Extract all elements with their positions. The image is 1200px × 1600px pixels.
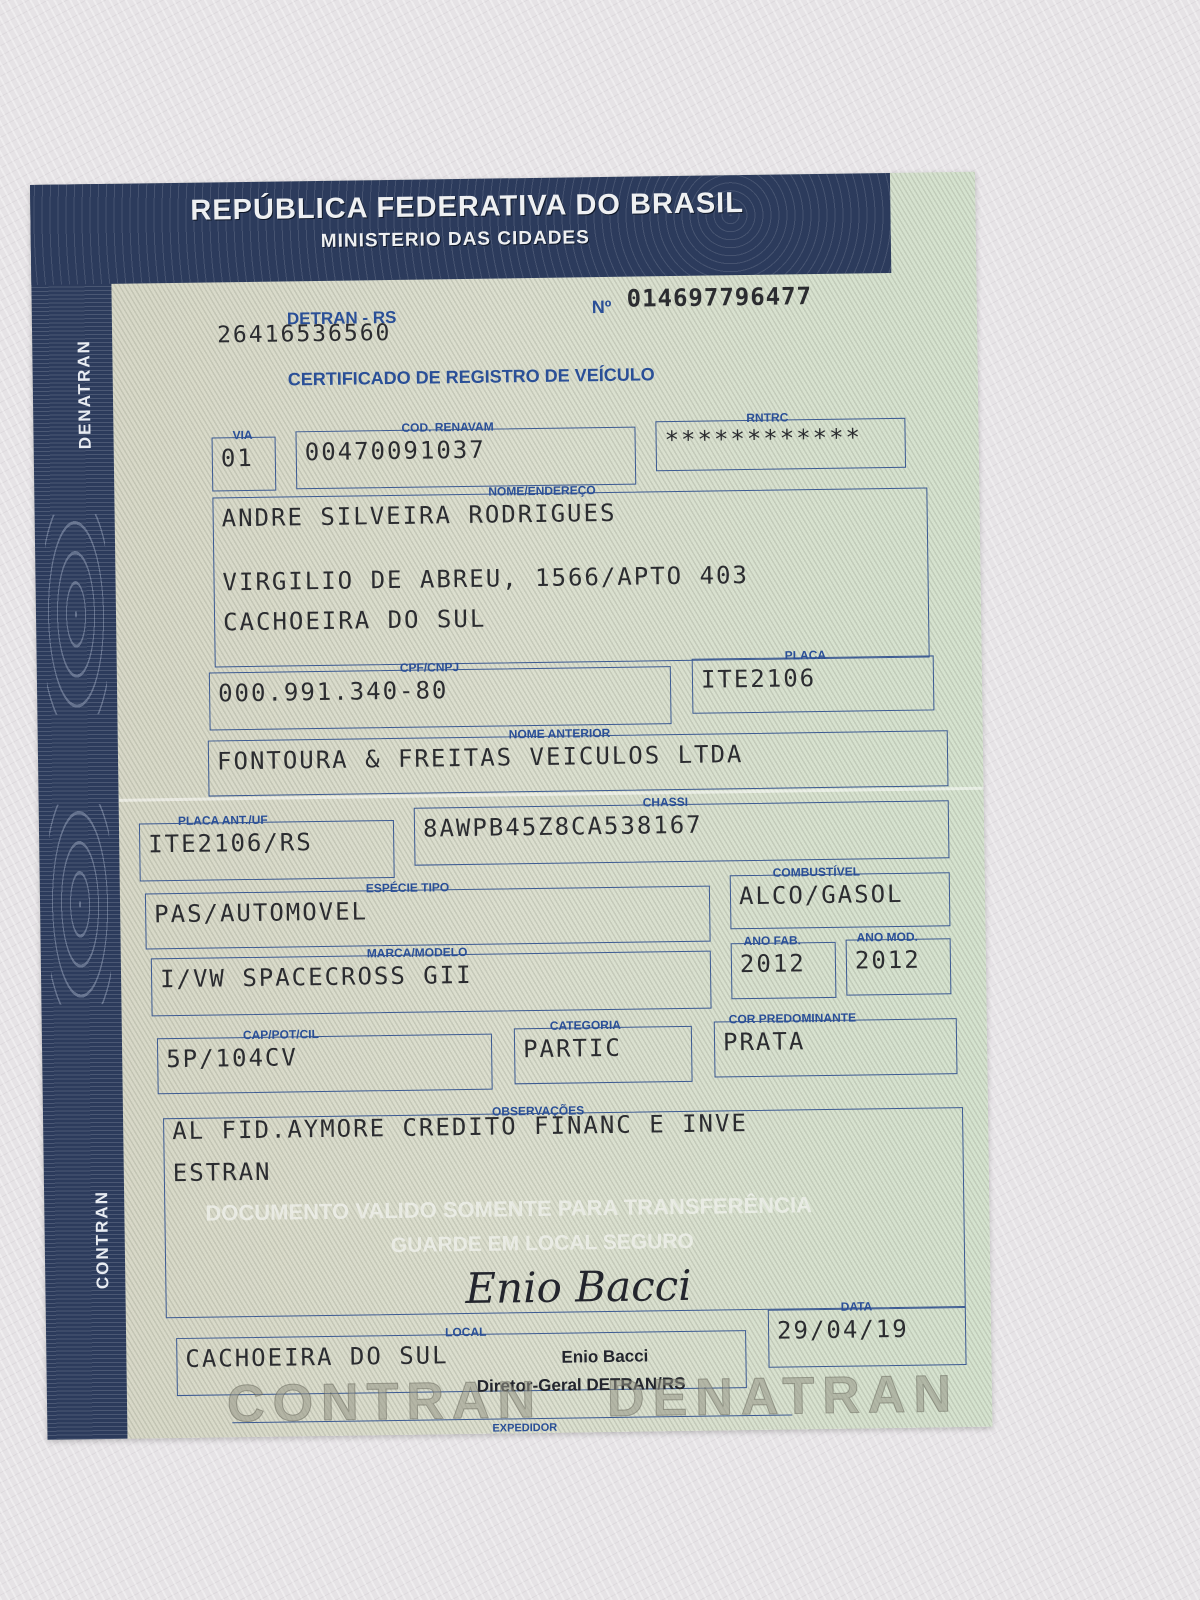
address-line-1: VIRGILIO DE ABREU, 1566/APTO 403 bbox=[222, 561, 749, 596]
field-value: PARTIC bbox=[523, 1034, 622, 1063]
field-value: 8AWPB45Z8CA538167 bbox=[423, 811, 703, 843]
country-title: REPÚBLICA FEDERATIVA DO BRASIL bbox=[190, 187, 744, 228]
field-previous-owner: NOME ANTERIOR FONTOURA & FREITAS VEICULO… bbox=[208, 730, 949, 796]
field-label: VIA bbox=[232, 428, 252, 442]
field-label: CAP/POT/CIL bbox=[243, 1027, 319, 1042]
field-label: LOCAL bbox=[445, 1325, 487, 1340]
director-signature: Enio Bacci bbox=[465, 1261, 692, 1313]
field-label: NOME/ENDEREÇO bbox=[488, 483, 596, 498]
field-via: VIA 01 bbox=[212, 437, 277, 492]
field-label: CATEGORIA bbox=[550, 1018, 621, 1033]
contran-vertical-label: CONTRAN bbox=[92, 1190, 113, 1289]
denatran-bottom-watermark: DENATRAN bbox=[607, 1364, 960, 1429]
field-value: 01 bbox=[221, 444, 254, 472]
guilloche-ornament-icon bbox=[49, 804, 112, 1005]
field-species-type: ESPÉCIE TIPO PAS/AUTOMOVEL bbox=[145, 886, 711, 950]
field-value: 2012 bbox=[740, 949, 806, 978]
field-value: ALCO/GASOL bbox=[739, 880, 904, 910]
field-label: PLACA bbox=[785, 648, 827, 663]
field-renavam: COD. RENAVAM 00470091037 bbox=[295, 427, 636, 490]
field-label: CPF/CNPJ bbox=[400, 660, 460, 675]
transfer-validity-watermark: DOCUMENTO VALIDO SOMENTE PARA TRANSFERÊN… bbox=[205, 1192, 812, 1226]
keep-safe-watermark: GUARDE EM LOCAL SEGURO bbox=[391, 1230, 694, 1258]
field-label: DATA bbox=[841, 1299, 873, 1313]
field-label: RNTRC bbox=[746, 410, 788, 425]
field-value: FONTOURA & FREITAS VEICULOS LTDA bbox=[217, 740, 744, 775]
denatran-vertical-label: DENATRAN bbox=[74, 339, 96, 449]
field-label: ANO MOD. bbox=[856, 930, 918, 945]
field-value: 29/04/19 bbox=[777, 1315, 909, 1345]
document-number: 014697796477 bbox=[626, 282, 812, 313]
field-value: 5P/104CV bbox=[166, 1043, 298, 1073]
field-value: I/VW SPACECROSS GII bbox=[160, 961, 473, 993]
field-name-address: NOME/ENDEREÇO ANDRE SILVEIRA RODRIGUES V… bbox=[212, 488, 929, 668]
field-label: COD. RENAVAM bbox=[401, 420, 493, 435]
field-label: COR PREDOMINANTE bbox=[729, 1011, 857, 1027]
field-label: ESPÉCIE TIPO bbox=[366, 880, 450, 895]
field-value: 000.991.340-80 bbox=[218, 676, 449, 707]
observation-line-2: ESTRAN bbox=[173, 1158, 272, 1187]
owner-name: ANDRE SILVEIRA RODRIGUES bbox=[221, 499, 616, 533]
vehicle-registration-certificate: DENATRAN CONTRAN REPÚBLICA FEDERATIVA DO… bbox=[30, 172, 992, 1440]
field-value: ITE2106 bbox=[701, 664, 817, 694]
number-label: Nº bbox=[592, 297, 612, 318]
expedidor-label: EXPEDIDOR bbox=[492, 1422, 557, 1435]
document-code: 26416536560 bbox=[217, 320, 392, 348]
field-label: NOME ANTERIOR bbox=[509, 726, 611, 741]
field-value: ************ bbox=[664, 423, 862, 454]
field-plate: PLACA ITE2106 bbox=[692, 655, 935, 713]
director-printed-name: Enio Bacci bbox=[561, 1346, 648, 1367]
field-previous-plate: PLACA ANT./UF ITE2106/RS bbox=[139, 820, 395, 882]
field-label: COMBUSTÍVEL bbox=[773, 864, 861, 879]
field-rntrc: RNTRC ************ bbox=[655, 418, 906, 471]
header-band: REPÚBLICA FEDERATIVA DO BRASIL MINISTERI… bbox=[30, 173, 891, 285]
field-value: CACHOEIRA DO SUL bbox=[185, 1341, 449, 1373]
field-date: DATA 29/04/19 bbox=[768, 1307, 967, 1368]
field-fuel: COMBUSTÍVEL ALCO/GASOL bbox=[730, 872, 951, 929]
field-make-model: MARCA/MODELO I/VW SPACECROSS GII bbox=[151, 951, 712, 1017]
field-label: CHASSI bbox=[643, 795, 689, 810]
guilloche-ornament-icon bbox=[45, 514, 108, 715]
field-chassis: CHASSI 8AWPB45Z8CA538167 bbox=[414, 800, 950, 865]
field-value: PRATA bbox=[723, 1027, 806, 1056]
field-value: 00470091037 bbox=[305, 436, 486, 467]
field-cpf-cnpj: CPF/CNPJ 000.991.340-80 bbox=[209, 666, 672, 730]
field-category: CATEGORIA PARTIC bbox=[514, 1026, 693, 1084]
address-line-2: CACHOEIRA DO SUL bbox=[223, 605, 487, 637]
field-color: COR PREDOMINANTE PRATA bbox=[714, 1018, 958, 1077]
field-capacity-power: CAP/POT/CIL 5P/104CV bbox=[157, 1034, 493, 1095]
field-manufacture-year: ANO FAB. 2012 bbox=[731, 942, 837, 999]
field-label: PLACA ANT./UF bbox=[178, 813, 268, 828]
field-model-year: ANO MOD. 2012 bbox=[846, 938, 952, 995]
field-label: ANO FAB. bbox=[744, 933, 802, 948]
ministry-title: MINISTERIO DAS CIDADES bbox=[321, 227, 590, 253]
field-value: 2012 bbox=[855, 946, 921, 975]
field-value: ITE2106/RS bbox=[148, 828, 313, 858]
field-value: PAS/AUTOMOVEL bbox=[154, 897, 368, 928]
field-label: MARCA/MODELO bbox=[367, 945, 468, 960]
